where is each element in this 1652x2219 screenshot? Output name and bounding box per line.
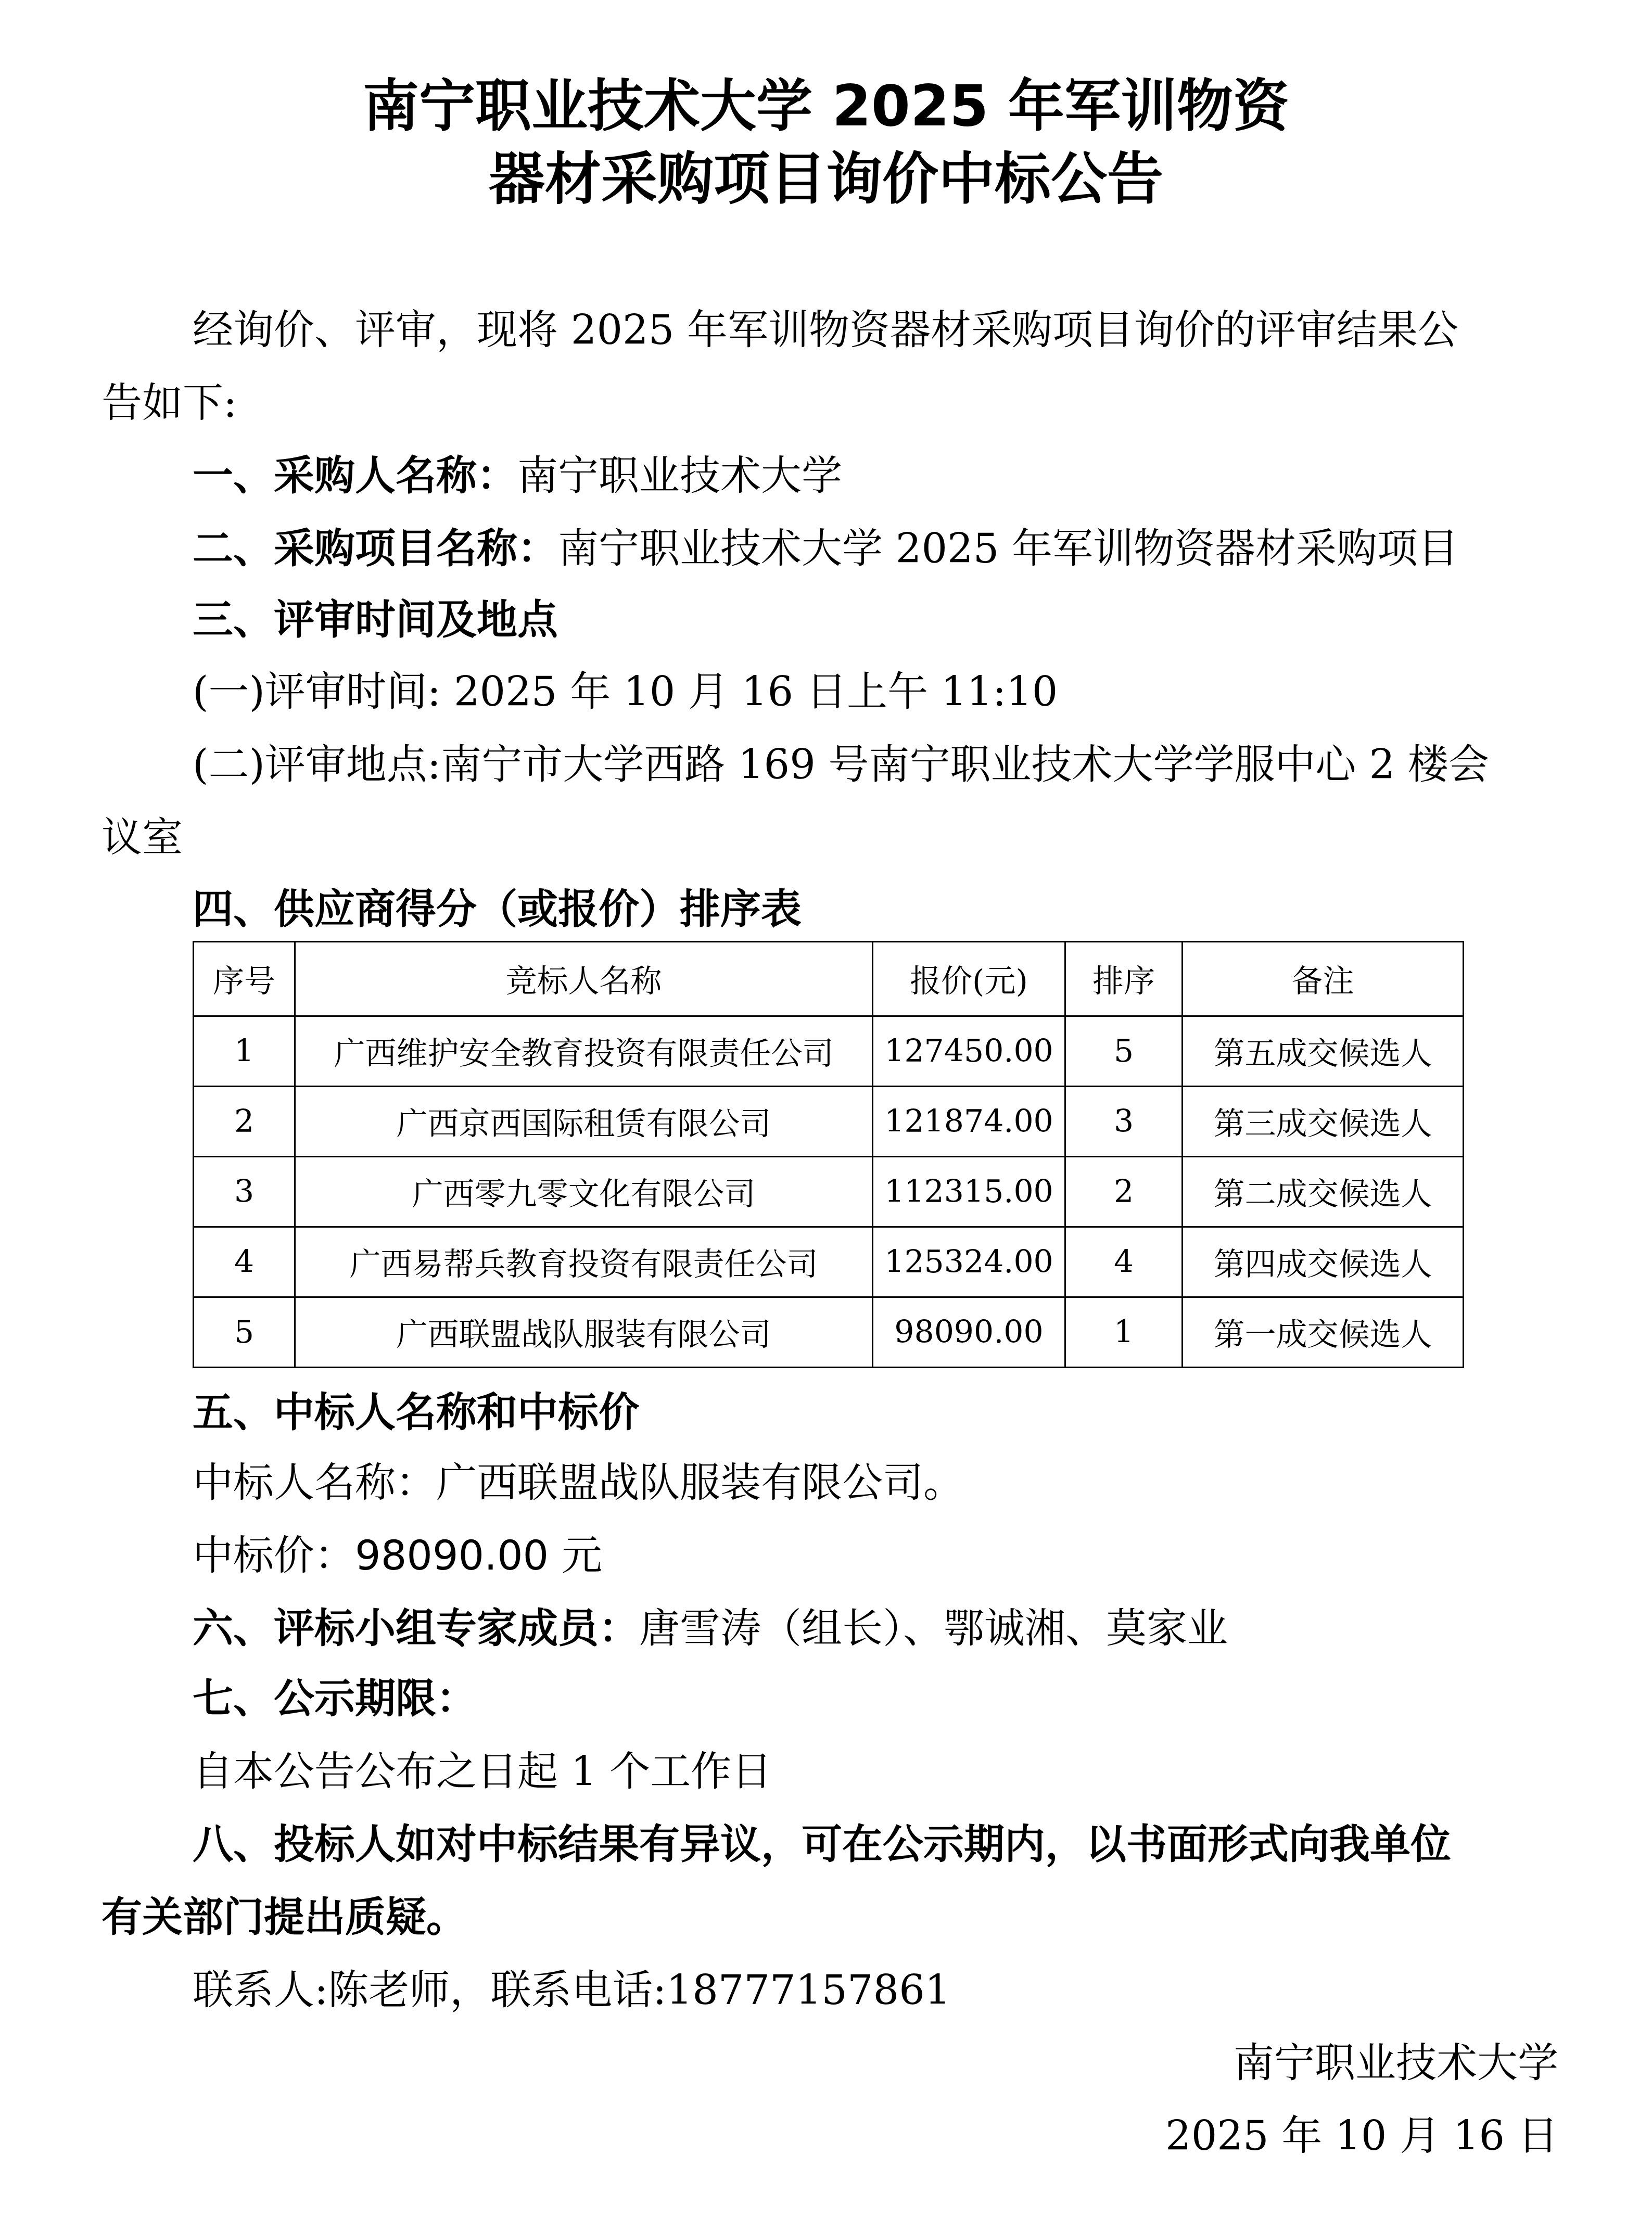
signature-date: 2025 年 10 月 16 日 — [1165, 2110, 1558, 2162]
section-7-heading: 七、公示期限： — [193, 1673, 477, 1725]
header-price: 报价(元) — [873, 942, 1065, 1016]
section-1-value: 南宁职业技术大学 — [517, 453, 842, 500]
winner-price-label: 中标价： — [193, 1533, 355, 1579]
cell-index: 1 — [194, 1016, 295, 1087]
cell-index: 2 — [194, 1087, 295, 1157]
section-8-line2: 有关部门提出质疑。 — [101, 1892, 467, 1944]
table-row: 3 广西零九零文化有限公司 112315.00 2 第二成交候选人 — [194, 1157, 1464, 1227]
review-place-line2: 议室 — [101, 812, 183, 864]
cell-bidder: 广西联盟战队服装有限公司 — [295, 1297, 873, 1368]
cell-price: 125324.00 — [873, 1227, 1065, 1297]
section-2-label: 二、采购项目名称： — [193, 526, 558, 572]
winner-name: 中标人名称：广西联盟战队服装有限公司。 — [193, 1457, 964, 1509]
header-rank: 排序 — [1065, 942, 1183, 1016]
winner-price: 中标价：98090.00 元 — [193, 1530, 602, 1582]
signature-org: 南宁职业技术大学 — [1234, 2037, 1558, 2089]
header-remark: 备注 — [1183, 942, 1464, 1016]
section-2-value: 南宁职业技术大学 2025 年军训物资器材采购项目 — [558, 526, 1458, 572]
section-1-label: 一、采购人名称： — [193, 453, 517, 500]
cell-remark: 第二成交候选人 — [1183, 1157, 1464, 1227]
section-6: 六、评标小组专家成员：唐雪涛（组长）、鄂诚湘、莫家业 — [193, 1603, 1228, 1655]
review-time: (一)评审时间: 2025 年 10 月 16 日上午 11:10 — [193, 666, 1058, 718]
cell-remark: 第一成交候选人 — [1183, 1297, 1464, 1368]
contact-info: 联系人:陈老师，联系电话:18777157861 — [193, 1965, 950, 2017]
cell-remark: 第五成交候选人 — [1183, 1016, 1464, 1087]
cell-price: 121874.00 — [873, 1087, 1065, 1157]
section-2: 二、采购项目名称：南宁职业技术大学 2025 年军训物资器材采购项目 — [193, 523, 1458, 575]
cell-index: 5 — [194, 1297, 295, 1368]
header-index: 序号 — [194, 942, 295, 1016]
cell-rank: 4 — [1065, 1227, 1183, 1297]
cell-price: 127450.00 — [873, 1016, 1065, 1087]
cell-bidder: 广西零九零文化有限公司 — [295, 1157, 873, 1227]
intro-line1: 经询价、评审，现将 2025 年军训物资器材采购项目询价的评审结果公 — [193, 304, 1458, 356]
table-row: 4 广西易帮兵教育投资有限责任公司 125324.00 4 第四成交候选人 — [194, 1227, 1464, 1297]
cell-remark: 第四成交候选人 — [1183, 1227, 1464, 1297]
cell-bidder: 广西维护安全教育投资有限责任公司 — [295, 1016, 873, 1087]
cell-rank: 1 — [1065, 1297, 1183, 1368]
section-5-heading: 五、中标人名称和中标价 — [193, 1387, 639, 1439]
section-3-heading: 三、评审时间及地点 — [193, 594, 558, 646]
table-row: 2 广西京西国际租赁有限公司 121874.00 3 第三成交候选人 — [194, 1087, 1464, 1157]
review-place-line1: (二)评审地点:南宁市大学西路 169 号南宁职业技术大学学服中心 2 楼会 — [193, 739, 1489, 791]
cell-rank: 5 — [1065, 1016, 1183, 1087]
section-4-heading: 四、供应商得分（或报价）排序表 — [193, 884, 802, 936]
header-bidder: 竞标人名称 — [295, 942, 873, 1016]
section-1: 一、采购人名称：南宁职业技术大学 — [193, 450, 842, 502]
cell-remark: 第三成交候选人 — [1183, 1087, 1464, 1157]
table-header-row: 序号 竞标人名称 报价(元) 排序 备注 — [194, 942, 1464, 1016]
section-6-label: 六、评标小组专家成员： — [193, 1605, 639, 1652]
page-title-line1: 南宁职业技术大学 2025 年军训物资 — [0, 65, 1652, 148]
cell-bidder: 广西京西国际租赁有限公司 — [295, 1087, 873, 1157]
intro-line2: 告如下: — [101, 377, 237, 429]
cell-rank: 3 — [1065, 1087, 1183, 1157]
supplier-ranking-table: 序号 竞标人名称 报价(元) 排序 备注 1 广西维护安全教育投资有限责任公司 … — [193, 941, 1464, 1368]
cell-bidder: 广西易帮兵教育投资有限责任公司 — [295, 1227, 873, 1297]
section-6-value: 唐雪涛（组长）、鄂诚湘、莫家业 — [639, 1605, 1228, 1652]
section-8-line1: 八、投标人如对中标结果有异议，可在公示期内，以书面形式向我单位 — [193, 1819, 1451, 1871]
cell-index: 4 — [194, 1227, 295, 1297]
table-row: 1 广西维护安全教育投资有限责任公司 127450.00 5 第五成交候选人 — [194, 1016, 1464, 1087]
cell-price: 112315.00 — [873, 1157, 1065, 1227]
table-row: 5 广西联盟战队服装有限公司 98090.00 1 第一成交候选人 — [194, 1297, 1464, 1368]
cell-price: 98090.00 — [873, 1297, 1065, 1368]
publicity-period: 自本公告公布之日起 1 个工作日 — [193, 1746, 772, 1798]
page-title-line2: 器材采购项目询价中标公告 — [0, 138, 1652, 221]
winner-price-value: 98090.00 元 — [355, 1533, 602, 1579]
cell-index: 3 — [194, 1157, 295, 1227]
cell-rank: 2 — [1065, 1157, 1183, 1227]
